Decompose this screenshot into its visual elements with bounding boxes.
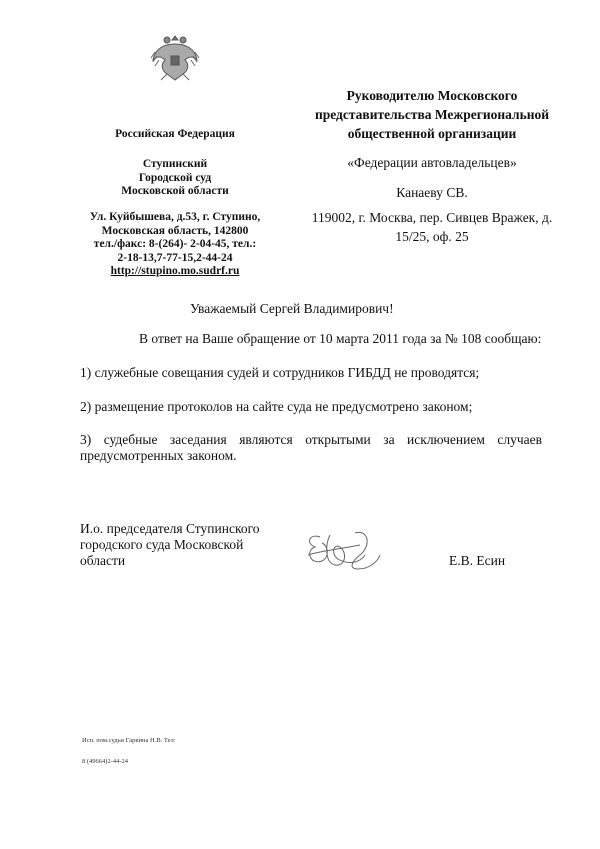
- recipient-title: Руководителю Московского представительст…: [292, 86, 572, 143]
- coat-of-arms-icon: [145, 30, 205, 84]
- court-line: Московской области: [70, 185, 280, 199]
- recipient-title-line: общественной организации: [292, 124, 572, 143]
- recipient-address-line: 119002, г. Москва, пер. Сивцев Вражек, д…: [292, 208, 572, 227]
- item-3: 3) судебные заседания являются открытыми…: [80, 432, 542, 464]
- recipient-title-line: представительства Межрегиональной: [292, 105, 572, 124]
- recipient-address: 119002, г. Москва, пер. Сивцев Вражек, д…: [292, 208, 572, 246]
- address-line: тел./факс: 8-(264)- 2-04-45, тел.:: [70, 238, 280, 252]
- website-link[interactable]: http://stupino.mo.sudrf.ru: [70, 265, 280, 279]
- recipient-name: Канаеву СВ.: [292, 183, 572, 202]
- address-line: Московская область, 142800: [70, 225, 280, 239]
- item-1: 1) служебные совещания судей и сотрудник…: [80, 365, 540, 381]
- address-line: Ул. Куйбышева, д.53, г. Ступино,: [70, 211, 280, 225]
- position-line: И.о. председателя Ступинского: [80, 521, 260, 537]
- position-line: городского суда Московской: [80, 537, 260, 553]
- court-line: Городской суд: [70, 172, 280, 186]
- handwritten-signature-icon: [300, 525, 385, 575]
- position-line: области: [80, 553, 260, 569]
- sender-court: Ступинский Городской суд Московской обла…: [70, 158, 280, 199]
- executor-phone: 8 (49664)2-44-24: [82, 758, 128, 765]
- recipient-address-line: 15/25, оф. 25: [292, 227, 572, 246]
- item-2: 2) размещение протоколов на сайте суда н…: [80, 399, 540, 415]
- executor-note: Исп. пом.судьи Гаркина Н.В. Тел:: [82, 737, 176, 744]
- sender-address: Ул. Куйбышева, д.53, г. Ступино, Московс…: [70, 211, 280, 279]
- sender-country: Российская Федерация: [70, 128, 280, 142]
- recipient-title-line: Руководителю Московского: [292, 86, 572, 105]
- signatory-name: Е.В. Есин: [449, 553, 505, 569]
- court-line: Ступинский: [70, 158, 280, 172]
- address-line: 2-18-13,7-77-15,2-44-24: [70, 252, 280, 266]
- recipient-organization: «Федерации автовладельцев»: [292, 153, 572, 172]
- salutation: Уважаемый Сергей Владимирович!: [190, 301, 394, 317]
- intro-paragraph: В ответ на Ваше обращение от 10 марта 20…: [139, 331, 541, 347]
- signatory-position: И.о. председателя Ступинского городского…: [80, 521, 260, 569]
